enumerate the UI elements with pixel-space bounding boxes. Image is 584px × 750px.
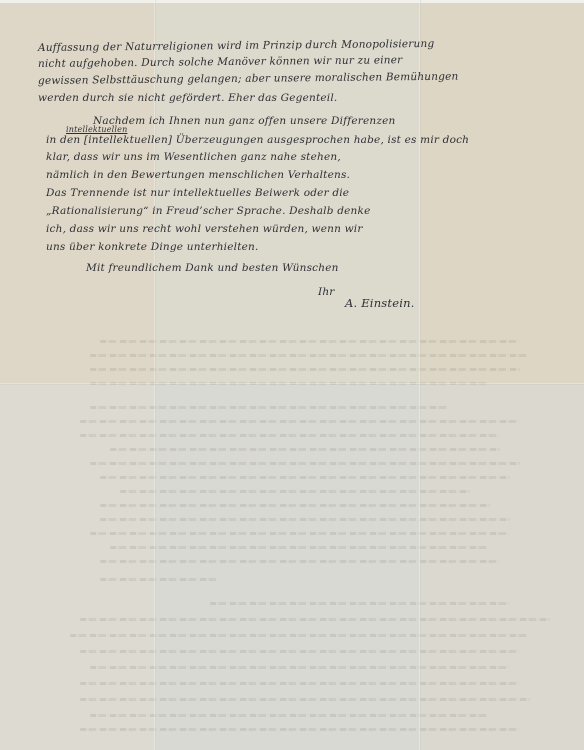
letter-page: Auffassung der Naturreligionen wird im P… (0, 0, 584, 750)
letter-line: Nachdem ich Ihnen nun ganz offen unsere … (93, 115, 395, 127)
paper-panel-top-right (420, 0, 584, 384)
letter-line: „Rationalisierung“ in Freud’scher Sprach… (46, 205, 370, 217)
fold-line-vertical-right (419, 0, 421, 750)
letter-line: nämlich in den Bewertungen menschlichen … (46, 169, 350, 181)
signature: A. Einstein. (345, 296, 415, 310)
fold-line-horizontal (0, 383, 584, 385)
bleed-through-writing (60, 340, 560, 740)
letter-line: ich, dass wir uns recht wohl verstehen w… (46, 223, 363, 235)
fold-line-vertical-left (154, 0, 156, 750)
paper-top-edge (0, 0, 584, 3)
interlinear-insertion: intellektuellen (66, 125, 127, 134)
letter-line: Das Trennende ist nur intellektuelles Be… (46, 187, 349, 199)
salutation: Ihr (318, 286, 335, 298)
letter-line: klar, dass wir uns im Wesentlichen ganz … (46, 151, 341, 163)
letter-line: uns über konkrete Dinge unterhielten. (46, 241, 259, 253)
closing-line: Mit freundlichem Dank und besten Wünsche… (86, 262, 339, 274)
letter-line: in den [intellektuellen] Überzeugungen a… (46, 134, 469, 146)
letter-line: werden durch sie nicht gefördert. Eher d… (38, 92, 337, 104)
